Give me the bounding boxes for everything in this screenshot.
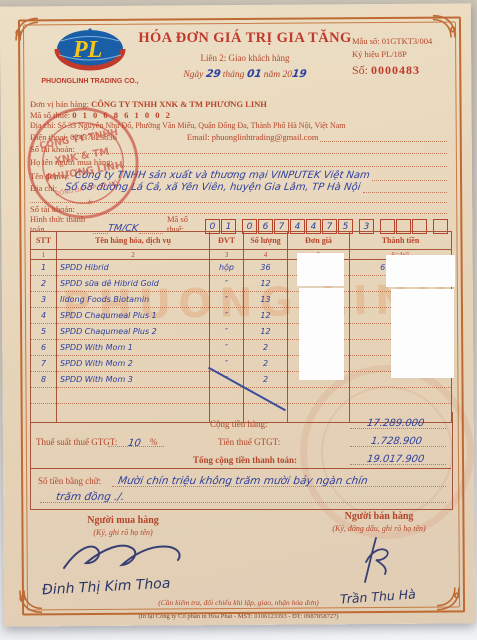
stamp-line4: ĐỐNG ĐA - TP. HÀ NỘI bbox=[54, 178, 120, 197]
globe-logo-icon: PL bbox=[53, 28, 127, 72]
redaction-box bbox=[386, 255, 455, 287]
table-row: 4 SPDD Chaqumeal Plus 1 ″ 12 bbox=[31, 308, 452, 324]
row-qty: 12 bbox=[244, 324, 288, 340]
row-unit: ″ bbox=[210, 276, 244, 292]
table-header-row: STT Tên hàng hóa, dịch vụ ĐVT Số lượng Đ… bbox=[31, 232, 452, 250]
row-qty: 12 bbox=[244, 276, 288, 292]
row-name: SPDD Hibrid bbox=[57, 260, 210, 276]
row-stt: 2 bbox=[31, 276, 57, 292]
row-stt: 5 bbox=[31, 324, 57, 340]
seller-email-value: phuonglinhtrading@gmail.com bbox=[212, 132, 319, 142]
seller-sign-note: (Ký, đóng dấu, ghi rõ họ tên) bbox=[300, 524, 458, 533]
col-qty: Số lượng bbox=[244, 232, 288, 250]
invoice-date-line: Ngày 29 tháng 01 năm 2019 bbox=[130, 68, 360, 80]
stamp-star: ★ bbox=[86, 197, 95, 207]
row-qty: 2 bbox=[244, 340, 288, 356]
row-name: SPDD sữa dê Hibrid Gold bbox=[57, 276, 210, 292]
row-name: SPDD With Mom 3 bbox=[57, 372, 210, 388]
col-unit: ĐVT bbox=[210, 232, 244, 250]
seller-email-label: Email: bbox=[187, 132, 210, 142]
logo-company-name: PHUONGLINH TRADING CO., bbox=[38, 78, 142, 85]
row-name: SPDD Chaqumeal Plus 1 bbox=[57, 308, 210, 324]
row-qty: 13 bbox=[244, 292, 288, 308]
buyer-signature bbox=[58, 538, 198, 578]
row-stt: 1 bbox=[31, 260, 57, 276]
table-row: 6 SPDD With Mom 1 ″ 2 bbox=[31, 340, 452, 356]
row-name: SPDD With Mom 2 bbox=[57, 356, 210, 372]
redaction-box bbox=[299, 288, 344, 380]
date-nam: năm 20 bbox=[264, 70, 292, 80]
date-thang: tháng bbox=[223, 70, 245, 80]
row-name: SPDD With Mom 1 bbox=[57, 340, 210, 356]
invoice-number-label: Số: bbox=[352, 63, 368, 77]
row-stt: 8 bbox=[31, 372, 57, 388]
table-row: 5 SPDD Chaqumeal Plus 2 ″ 12 bbox=[31, 324, 452, 340]
row-stt: 4 bbox=[31, 308, 57, 324]
row-name: Ildong Foods Biotamin bbox=[57, 292, 210, 308]
table-row: 3 Ildong Foods Biotamin ″ 13 bbox=[31, 292, 452, 308]
redaction-box bbox=[391, 289, 454, 378]
row-qty: 36 bbox=[244, 260, 288, 276]
row-qty: 2 bbox=[244, 356, 288, 372]
row-stt: 7 bbox=[31, 356, 57, 372]
row-name: SPDD Chaqumeal Plus 2 bbox=[57, 324, 210, 340]
row-unit: ″ bbox=[210, 308, 244, 324]
print-note: (In tại Công ty Cổ phần in Hòa Phát - MS… bbox=[0, 613, 477, 620]
row-qty: 2 bbox=[244, 372, 288, 388]
seller-signer-name-handwritten: Trần Thu Hà bbox=[340, 586, 417, 606]
svg-text:PL: PL bbox=[72, 37, 102, 63]
date-year-handwritten: 19 bbox=[291, 68, 307, 80]
grand-total-label: Tổng cộng tiền thanh toán: bbox=[193, 455, 297, 465]
seller-sign-title: Người bán hàng bbox=[300, 511, 458, 522]
vat-rate-value-handwritten: 10 bbox=[127, 438, 141, 449]
row-stt: 6 bbox=[31, 340, 57, 356]
date-day-handwritten: 29 bbox=[205, 68, 221, 80]
company-round-stamp: CÔNG TY TNHH XNK & TM PHƯƠNG LINH ĐỐNG Đ… bbox=[15, 95, 152, 232]
colnum: 3 bbox=[210, 250, 244, 260]
copy-line: Liên 2: Giao khách hàng bbox=[130, 53, 360, 63]
col-stt: STT bbox=[31, 232, 57, 250]
table-row: 7 SPDD With Mom 2 ″ 2 bbox=[31, 356, 452, 372]
buyer-sign-note: (Ký, ghi rõ họ tên) bbox=[48, 528, 198, 537]
row-unit: ″ bbox=[210, 292, 244, 308]
invoice-title: HÓA ĐƠN GIÁ TRỊ GIA TĂNG bbox=[130, 30, 360, 47]
photo-of-vat-invoice: { "colors": { "print_red": "#b5452a", "a… bbox=[0, 0, 477, 640]
vat-rate-label: Thuế suất thuế GTGT: bbox=[36, 437, 117, 447]
invoice-number-value: 0000483 bbox=[371, 63, 420, 77]
corner-ornament-icon bbox=[14, 16, 40, 42]
redaction-box bbox=[297, 253, 344, 286]
col-price: Đơn giá bbox=[288, 232, 350, 250]
form-number: Mẫu số: 01GTKT3/004 bbox=[352, 36, 462, 46]
row-unit: hộp bbox=[210, 260, 244, 276]
serial: Ký hiệu PL/18P bbox=[352, 49, 462, 59]
col-amount: Thành tiền bbox=[350, 232, 452, 250]
colnum: 4 bbox=[244, 250, 288, 260]
amount-in-words-label: Số tiền bằng chữ: bbox=[38, 476, 101, 486]
colnum: 1 bbox=[31, 250, 57, 260]
date-month-handwritten: 01 bbox=[246, 68, 262, 80]
company-logo: PL PHUONGLINH TRADING CO., bbox=[38, 28, 142, 85]
colnum: 2 bbox=[57, 250, 210, 260]
date-prefix: Ngày bbox=[183, 70, 203, 80]
row-unit: ″ bbox=[210, 324, 244, 340]
col-name: Tên hàng hóa, dịch vụ bbox=[57, 232, 210, 250]
subtotal-label: Cộng tiền hàng: bbox=[210, 419, 268, 429]
buyer-sign-title: Người mua hàng bbox=[48, 515, 198, 526]
row-stt: 3 bbox=[31, 292, 57, 308]
empty-row bbox=[31, 388, 452, 404]
vat-amount-label: Tiền thuế GTGT: bbox=[218, 437, 280, 447]
seller-signature bbox=[352, 534, 398, 586]
row-unit: ″ bbox=[210, 340, 244, 356]
row-qty: 12 bbox=[244, 308, 288, 324]
